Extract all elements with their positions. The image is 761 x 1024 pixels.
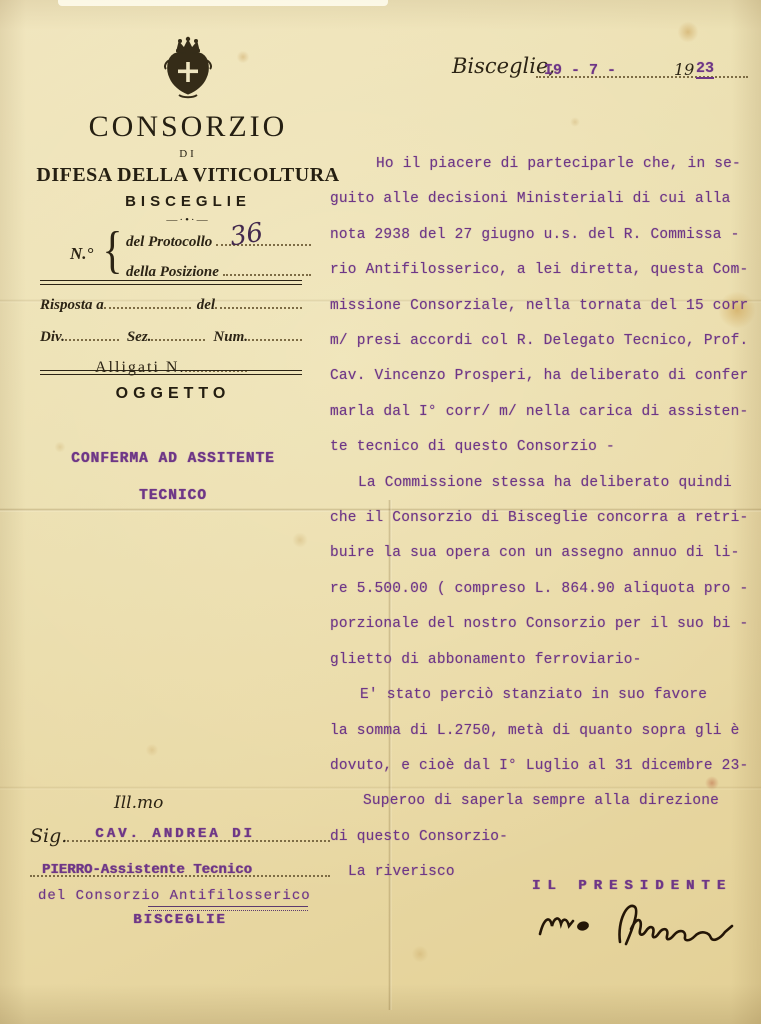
- body-line: marla dal I° corr/ m/ nella carica di as…: [330, 395, 750, 430]
- org-name-line2: DI: [28, 148, 348, 160]
- addressee-name-line1: CAV. ANDREA DI: [95, 826, 255, 842]
- protocol-number-handwritten: 36: [228, 218, 265, 253]
- org-name-line1: CONSORZIO: [28, 110, 348, 144]
- posizione-label: della Posizione: [126, 264, 219, 281]
- del-label: del: [197, 297, 215, 314]
- addressee-honorific: Ill.mo: [114, 793, 330, 813]
- body-line: E' stato perciò stanziato in suo favore: [330, 678, 750, 713]
- div-label: Div.: [40, 329, 65, 346]
- paper-edge-highlight: [58, 0, 388, 6]
- oggetto-value-line1: CONFERMA AD ASSITENTE: [28, 451, 318, 467]
- addressee-name-line3: del Consorzio Antifilosserico: [38, 888, 330, 904]
- body-line: La Commissione stessa ha deliberato quin…: [330, 466, 750, 501]
- scanned-letter: CONSORZIO DI DIFESA DELLA VITICOLTURA BI…: [0, 0, 761, 1024]
- body-line: di questo Consorzio-: [330, 820, 750, 855]
- dateline-century: 19: [674, 60, 694, 79]
- org-name-line3: DIFESA DELLA VITICOLTURA: [28, 164, 348, 187]
- letterhead-ornament: —·•·—: [28, 214, 348, 226]
- paper-sheet: CONSORZIO DI DIFESA DELLA VITICOLTURA BI…: [0, 0, 761, 1024]
- body-line: m/ presi accordi col R. Delegato Tecnico…: [330, 324, 750, 359]
- sez-label: Sez.: [127, 329, 152, 346]
- body-line: la somma di L.2750, metà di quanto sopra…: [330, 714, 750, 749]
- sez-line: [151, 325, 205, 341]
- del-line: [215, 293, 302, 309]
- divider-rule: [40, 280, 302, 285]
- dateline-year: 23: [696, 60, 714, 79]
- risposta-line: [104, 293, 191, 309]
- dateline: Bisceglie, I9 - 7 - 19 23: [452, 54, 748, 82]
- risposta-label: Risposta a: [40, 297, 104, 314]
- letterhead: CONSORZIO DI DIFESA DELLA VITICOLTURA BI…: [28, 36, 348, 226]
- body-line: buire la sua opera con un assegno annuo …: [330, 536, 750, 571]
- body-line: te tecnico di questo Consorzio -: [330, 430, 750, 465]
- protocol-brace: {: [102, 221, 122, 280]
- addressee-name-line2: PIERRO-Assistente Tecnico: [42, 862, 252, 878]
- oggetto-value-line2: TECNICO: [28, 488, 318, 504]
- body-line: Cav. Vincenzo Prosperi, ha deliberato di…: [330, 359, 750, 394]
- dateline-place: Bisceglie,: [452, 54, 555, 78]
- body-line: guito alle decisioni Ministeriali di cui…: [330, 182, 750, 217]
- addressee-rule: [148, 906, 308, 911]
- oggetto-block: OGGETTO CONFERMA AD ASSITENTE TECNICO: [28, 385, 318, 504]
- president-signature-icon: [528, 888, 753, 963]
- body-line: Ho il piacere di parteciparle che, in se…: [330, 147, 750, 182]
- letter-body: Ho il piacere di parteciparle che, in se…: [330, 147, 750, 891]
- body-line: dovuto, e cioè dal I° Luglio al 31 dicem…: [330, 749, 750, 784]
- protocollo-label: del Protocollo: [126, 234, 212, 251]
- protocol-n-label: N.°: [70, 244, 93, 264]
- num-line: [248, 325, 302, 341]
- org-name-line4: BISCEGLIE: [28, 193, 348, 210]
- body-line: nota 2938 del 27 giugno u.s. del R. Comm…: [330, 218, 750, 253]
- dateline-day-month: I9 - 7 -: [544, 62, 616, 79]
- body-line: rio Antifilosserico, a lei diretta, ques…: [330, 253, 750, 288]
- addressee-name-line4: BISCEGLIE: [30, 912, 330, 928]
- body-line: glietto di abbonamento ferroviario-: [330, 643, 750, 678]
- oggetto-label: OGGETTO: [28, 385, 318, 403]
- body-line: che il Consorzio di Bisceglie concorra a…: [330, 501, 750, 536]
- body-line: re 5.500.00 ( compreso L. 864.90 aliquot…: [330, 572, 750, 607]
- reference-block: Risposta a del Div. Sez. Num. Alligati N…: [40, 293, 302, 377]
- div-line: [65, 325, 119, 341]
- body-line: porzionale del nostro Consorzio per il s…: [330, 607, 750, 642]
- coat-of-arms-icon: [157, 36, 219, 102]
- num-label: Num.: [213, 329, 248, 346]
- body-line: Superoo di saperla sempre alla direzione: [330, 784, 750, 819]
- addressee-line2-rule: PIERRO-Assistente Tecnico: [30, 857, 330, 877]
- body-line: missione Consorziale, nella tornata del …: [330, 289, 750, 324]
- sig-label: Sig.: [30, 825, 67, 847]
- posizione-line: [223, 260, 311, 276]
- addressee-block: Ill.mo Sig. CAV. ANDREA DI PIERRO-Assist…: [30, 793, 330, 928]
- divider-rule: [40, 370, 302, 375]
